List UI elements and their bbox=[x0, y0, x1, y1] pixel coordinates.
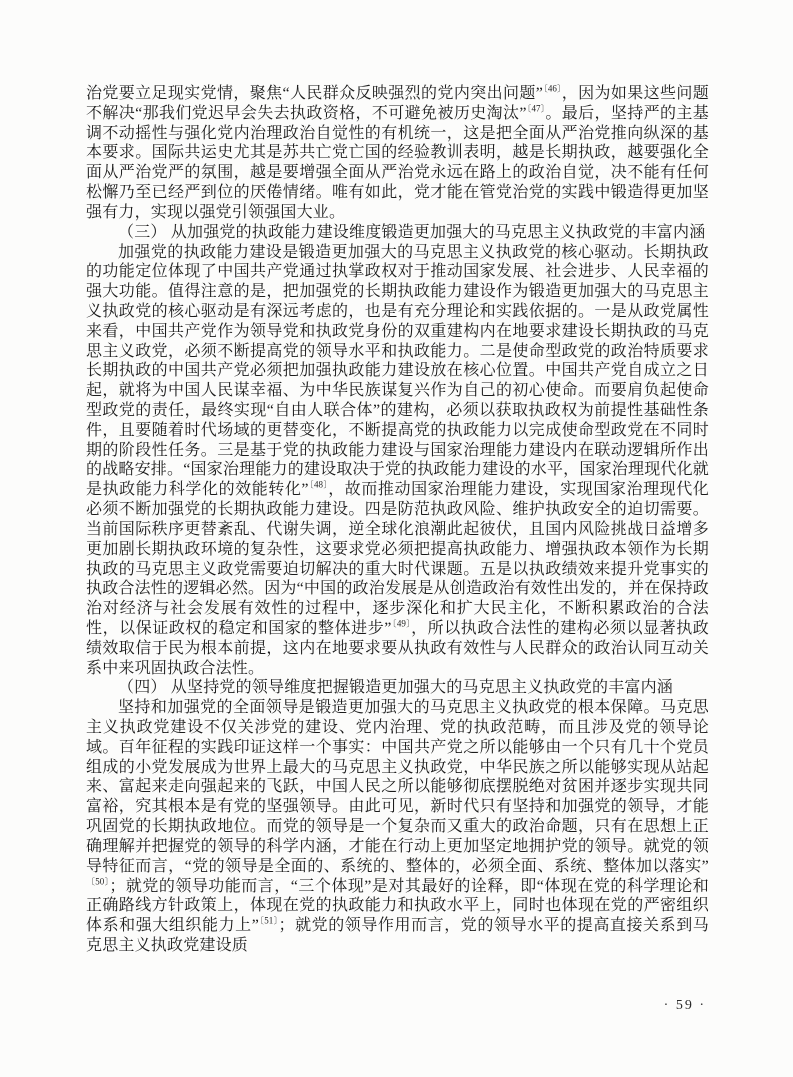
footnote-ref: 〔47〕 bbox=[527, 103, 546, 113]
text-block: 治党要立足现实党情，聚焦“人民群众反映强烈的党内突出问题”〔46〕，因为如果这些… bbox=[86, 84, 709, 956]
text-run: 坚持和加强党的全面领导是锻造更加强大的马克思主义执政党的根本保障。马克思主义执政… bbox=[86, 699, 709, 875]
document-page: 治党要立足现实党情，聚焦“人民群众反映强烈的党内突出问题”〔46〕，因为如果这些… bbox=[0, 0, 793, 1077]
paragraph-section-3: 加强党的执政能力建设是锻造更加强大的马克思主义执政党的核心驱动。长期执政的功能定… bbox=[86, 243, 709, 679]
footnote-ref: 〔50〕 bbox=[86, 876, 109, 886]
heading-section-4: （四） 从坚持党的领导维度把握锻造更加强大的马克思主义执政党的丰富内涵 bbox=[86, 678, 709, 698]
text-run: 加强党的执政能力建设是锻造更加强大的马克思主义执政党的核心驱动。长期执政的功能定… bbox=[86, 244, 709, 499]
text-run: ，故而推动国家治理能力建设，实现国家治理现代化必须不断加强党的长期执政能力建设。… bbox=[86, 481, 709, 637]
footnote-ref: 〔48〕 bbox=[309, 480, 328, 490]
text-run: 。最后，坚持严的主基调不动摇性与强化党内治理政治自觉性的有机统一，这是把全面从严… bbox=[86, 105, 709, 221]
paragraph-section-4: 坚持和加强党的全面领导是锻造更加强大的马克思主义执政党的根本保障。马克思主义执政… bbox=[86, 698, 709, 956]
heading-section-3: （三） 从加强党的执政能力建设维度锻造更加强大的马克思主义执政党的丰富内涵 bbox=[86, 223, 709, 243]
text-run: （三） 从加强党的执政能力建设维度锻造更加强大的马克思主义执政党的丰富内涵 bbox=[118, 224, 705, 241]
footnote-ref: 〔49〕 bbox=[392, 619, 411, 629]
text-run: （四） 从坚持党的领导维度把握锻造更加强大的马克思主义执政党的丰富内涵 bbox=[118, 679, 673, 696]
paragraph-continuation: 治党要立足现实党情，聚焦“人民群众反映强烈的党内突出问题”〔46〕，因为如果这些… bbox=[86, 84, 709, 223]
page-number: · 59 · bbox=[664, 998, 706, 1014]
footnote-ref: 〔51〕 bbox=[259, 916, 278, 926]
text-run: 治党要立足现实党情，聚焦“人民群众反映强烈的党内突出问题” bbox=[86, 85, 543, 102]
footnote-ref: 〔46〕 bbox=[543, 84, 562, 94]
